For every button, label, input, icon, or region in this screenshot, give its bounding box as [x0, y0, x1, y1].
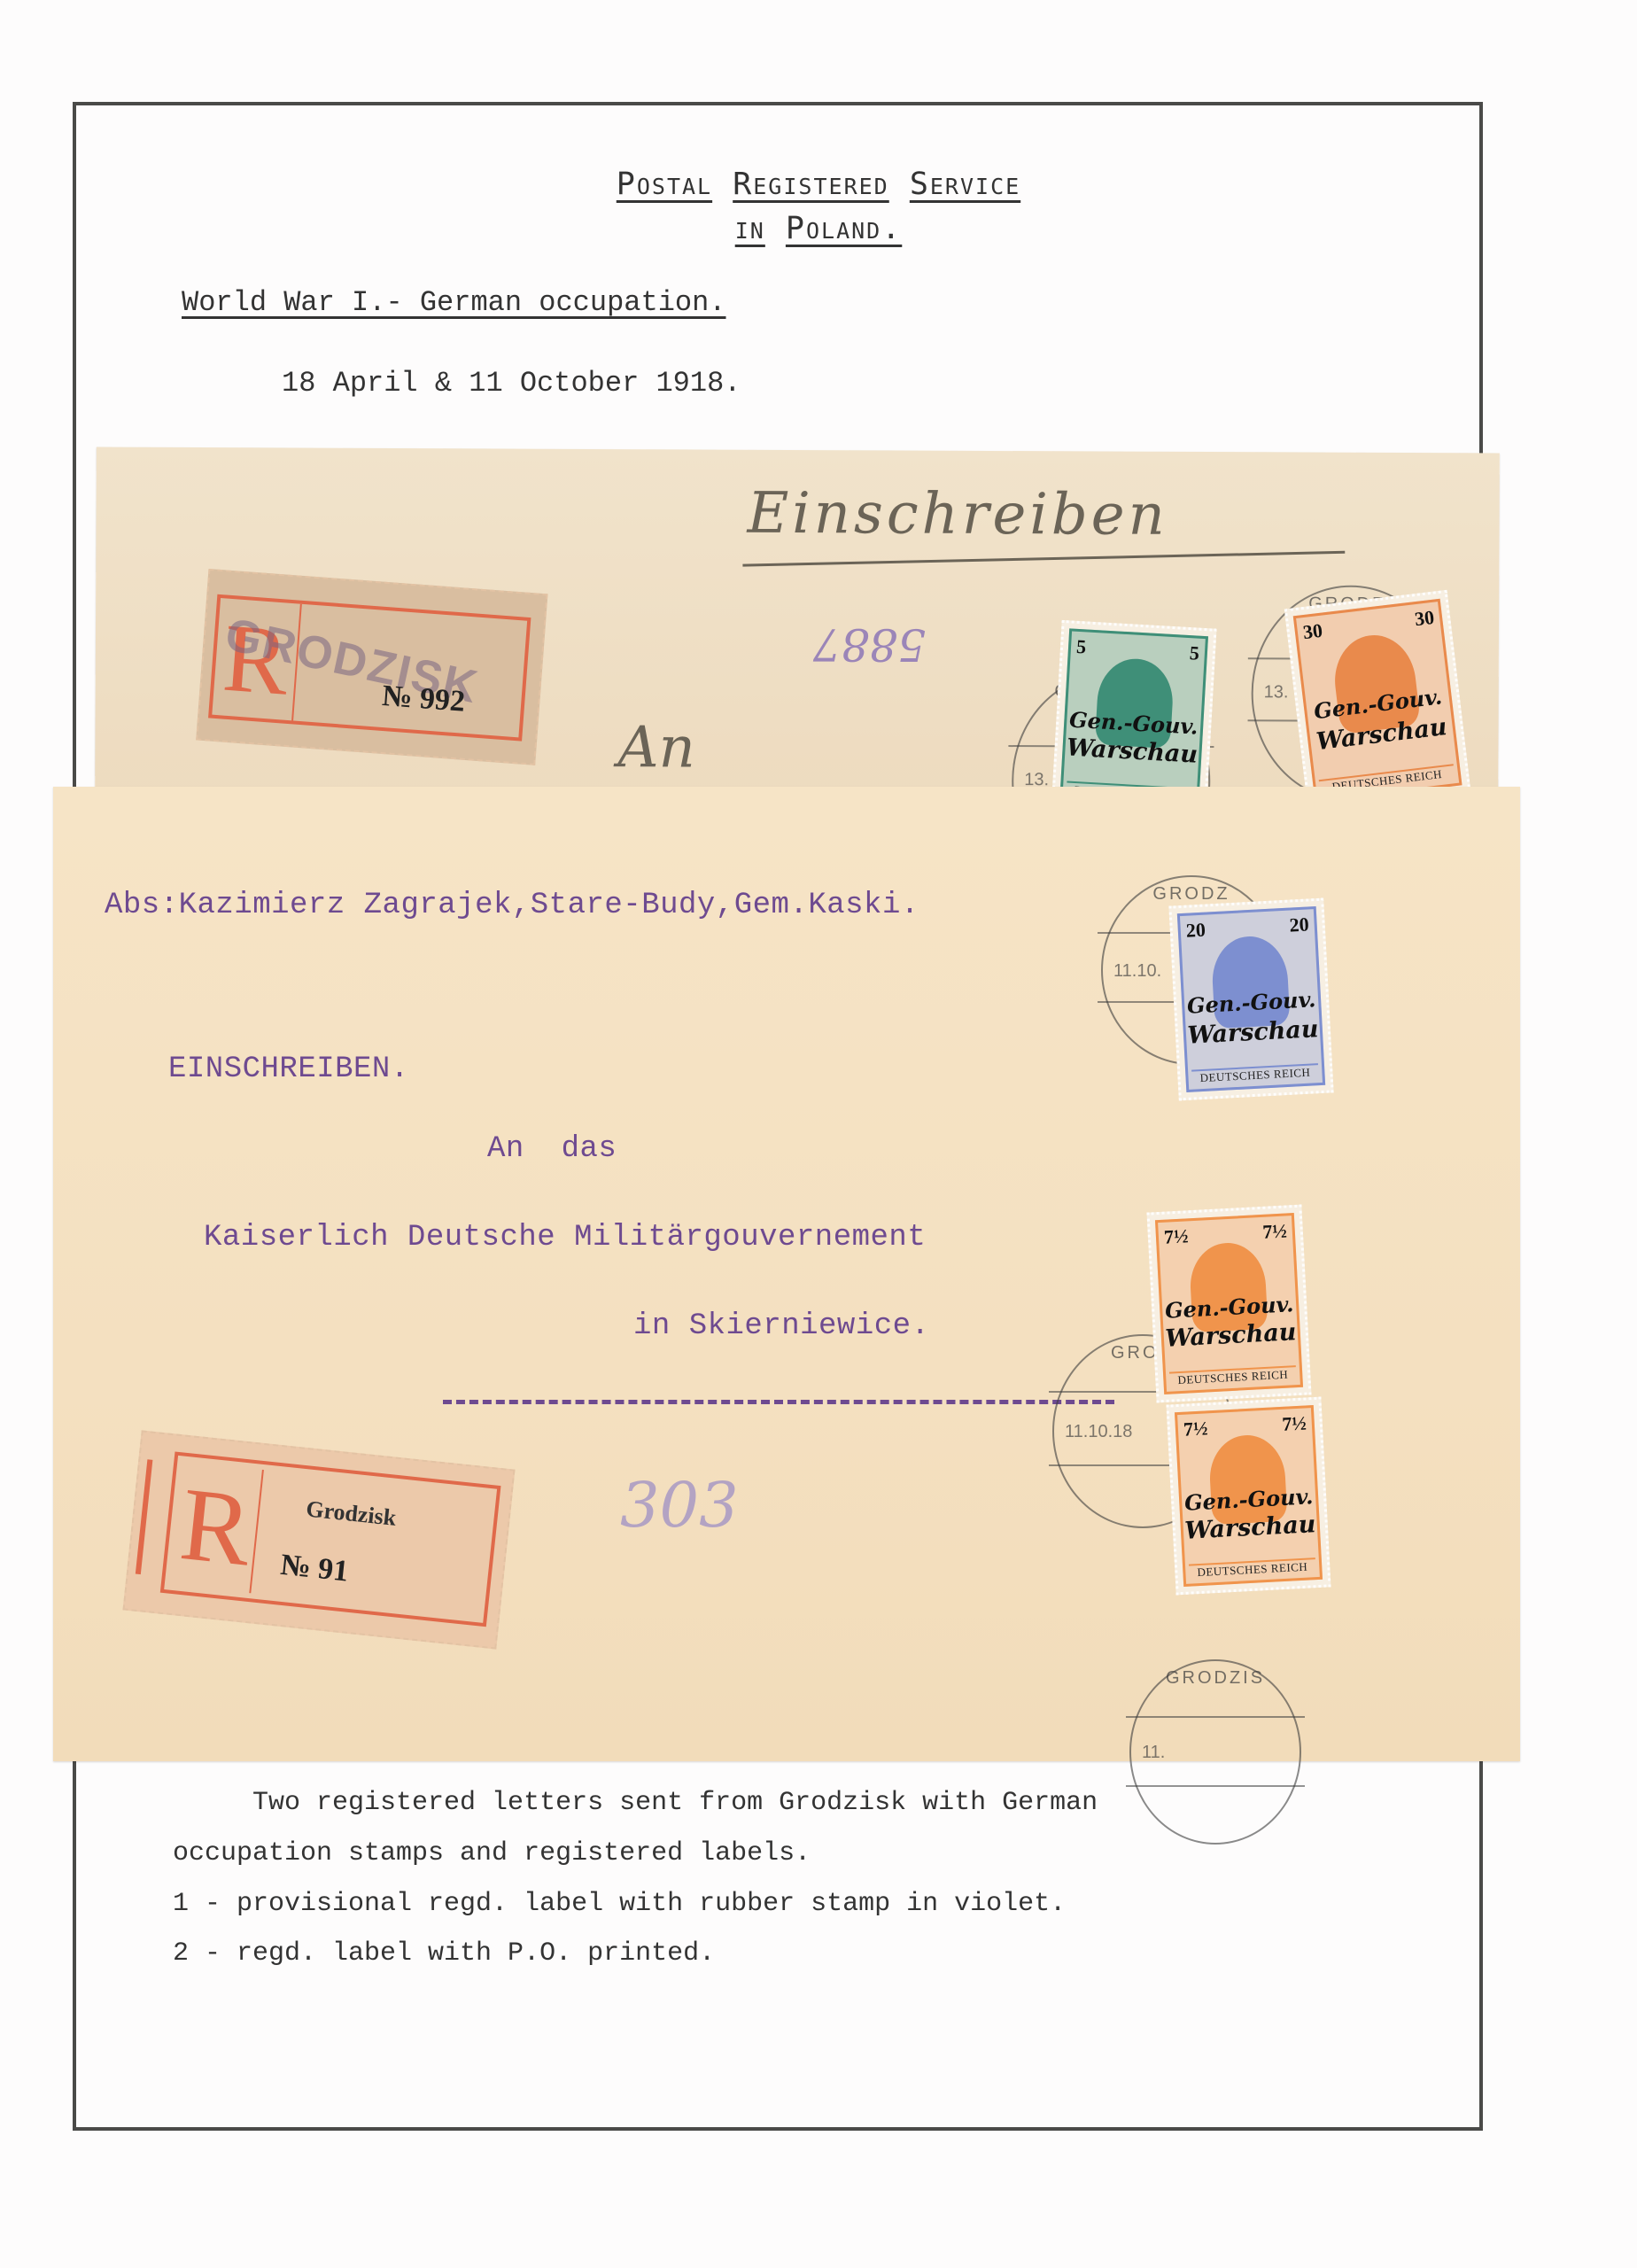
- stamp-7-5pf-orange: 7½7½Gen.-Gouv.WarschauDEUTSCHES REICH: [1146, 1205, 1311, 1403]
- stamp-inscription: DEUTSCHES REICH: [1191, 1063, 1319, 1085]
- postmark-date: 11.10.: [1113, 961, 1161, 982]
- stamp-value: 7½: [1163, 1224, 1189, 1248]
- addressee-line-2: Kaiserlich Deutsche Militärgouvernement: [204, 1221, 926, 1254]
- page-title-line-1: Postal Registered Service: [0, 167, 1637, 202]
- overprint-line-2: Warschau: [1185, 1017, 1320, 1048]
- stamp-value: 7½: [1183, 1417, 1208, 1441]
- overprint-line-2: Warschau: [1163, 1320, 1298, 1351]
- postmark-date: 13.: [1264, 682, 1289, 703]
- stamp-inscription: DEUTSCHES REICH: [1169, 1365, 1297, 1387]
- overprint-line-1: Gen.-Gouv.: [1184, 989, 1319, 1017]
- overprint-line-2: Warschau: [1065, 736, 1199, 768]
- sender-address: Abs:Kazimierz Zagrajek,Stare-Budy,Gem.Ka…: [105, 889, 919, 922]
- stamp-face: 2020Gen.-Gouv.WarschauDEUTSCHES REICH: [1177, 906, 1325, 1092]
- title-word: Service: [910, 167, 1020, 202]
- stamp-face: 3030Gen.-Gouv.WarschauDEUTSCHES REICH: [1293, 599, 1462, 803]
- stamp-face: 7½7½Gen.-Gouv.WarschauDEUTSCHES REICH: [1175, 1405, 1323, 1587]
- stamp-face: 7½7½Gen.-Gouv.WarschauDEUTSCHES REICH: [1155, 1213, 1303, 1394]
- printed-town: Grodzisk: [305, 1495, 398, 1532]
- typed-dashed-underline: [443, 1400, 1114, 1404]
- cover-1-envelope: Einschreiben An 5887 R GRODZISK № 992 GR…: [95, 447, 1500, 808]
- stamp-20pf-blue: 2020Gen.-Gouv.WarschauDEUTSCHES REICH: [1168, 898, 1333, 1101]
- handwritten-underline: [742, 551, 1345, 567]
- postmark-town: GRODZIS: [1131, 1668, 1300, 1689]
- stamp-value: 5: [1075, 635, 1086, 659]
- stamp-value: 30: [1302, 619, 1324, 644]
- stamp-face: 55Gen.-Gouv.WarschauDEUTSCHES REICH: [1059, 628, 1208, 811]
- title-word: Postal: [617, 167, 712, 202]
- date-line: 18 April & 11 October 1918.: [282, 367, 741, 400]
- registration-label-provisional: R GRODZISK № 992: [196, 569, 547, 765]
- addressee-line-1: An das: [487, 1132, 617, 1166]
- registration-label-printed: R Grodzisk № 91: [122, 1430, 515, 1649]
- stamp-value: 7½: [1262, 1219, 1288, 1243]
- handwritten-an: An: [617, 715, 695, 781]
- caption-line: occupation stamps and registered labels.: [173, 1838, 811, 1868]
- stamp-value: 20: [1289, 913, 1309, 936]
- stamp-value: 20: [1185, 919, 1206, 943]
- service-einschreiben: EINSCHREIBEN.: [168, 1052, 409, 1086]
- number-prefix: №: [381, 680, 414, 714]
- stamp-30pf-orange-black: 3030Gen.-Gouv.WarschauDEUTSCHES REICH: [1284, 590, 1471, 812]
- postmark-date: 11.: [1142, 1743, 1165, 1763]
- overprint-line-1: Gen.-Gouv.: [1182, 1486, 1316, 1514]
- stamp-inscription: DEUTSCHES REICH: [1189, 1557, 1316, 1580]
- handwritten-einschreiben: Einschreiben: [747, 481, 1168, 548]
- r-letter: R: [170, 1461, 264, 1593]
- title-word: in: [735, 211, 765, 246]
- stamp-value: 5: [1189, 641, 1199, 665]
- pencil-note: 303: [620, 1469, 739, 1542]
- postmark-circle: GRODZIS 11.: [1129, 1659, 1301, 1845]
- registration-number: № 992: [381, 680, 466, 719]
- page-title-line-2: in Poland.: [0, 211, 1637, 246]
- number-value: 91: [316, 1552, 350, 1588]
- caption-line: 2 - regd. label with P.O. printed.: [173, 1938, 715, 1969]
- violet-pencil-note: 5887: [813, 618, 927, 671]
- overprint-line-2: Warschau: [1183, 1512, 1317, 1543]
- title-word: Registered: [733, 167, 889, 202]
- addressee-line-3: in Skierniewice.: [633, 1309, 929, 1343]
- overprint-line-1: Gen.-Gouv.: [1067, 709, 1201, 738]
- cover-2-envelope: Abs:Kazimierz Zagrajek,Stare-Budy,Gem.Ka…: [53, 787, 1520, 1761]
- caption-line: 1 - provisional regd. label with rubber …: [173, 1889, 1066, 1919]
- postmark-date: 11.10.18: [1065, 1422, 1132, 1442]
- overprint-line-1: Gen.-Gouv.: [1162, 1293, 1297, 1322]
- number-value: 992: [419, 682, 467, 718]
- stamp-value: 30: [1414, 606, 1436, 631]
- title-word: Poland.: [786, 211, 902, 246]
- registration-number: № 91: [279, 1549, 350, 1589]
- number-prefix: №: [279, 1549, 313, 1584]
- stamp-7-5pf-orange: 7½7½Gen.-Gouv.WarschauDEUTSCHES REICH: [1166, 1397, 1331, 1596]
- stamp-value: 7½: [1282, 1411, 1307, 1435]
- page-subtitle: World War I.- German occupation.: [182, 286, 726, 319]
- caption-line: Two registered letters sent from Grodzis…: [173, 1788, 1098, 1818]
